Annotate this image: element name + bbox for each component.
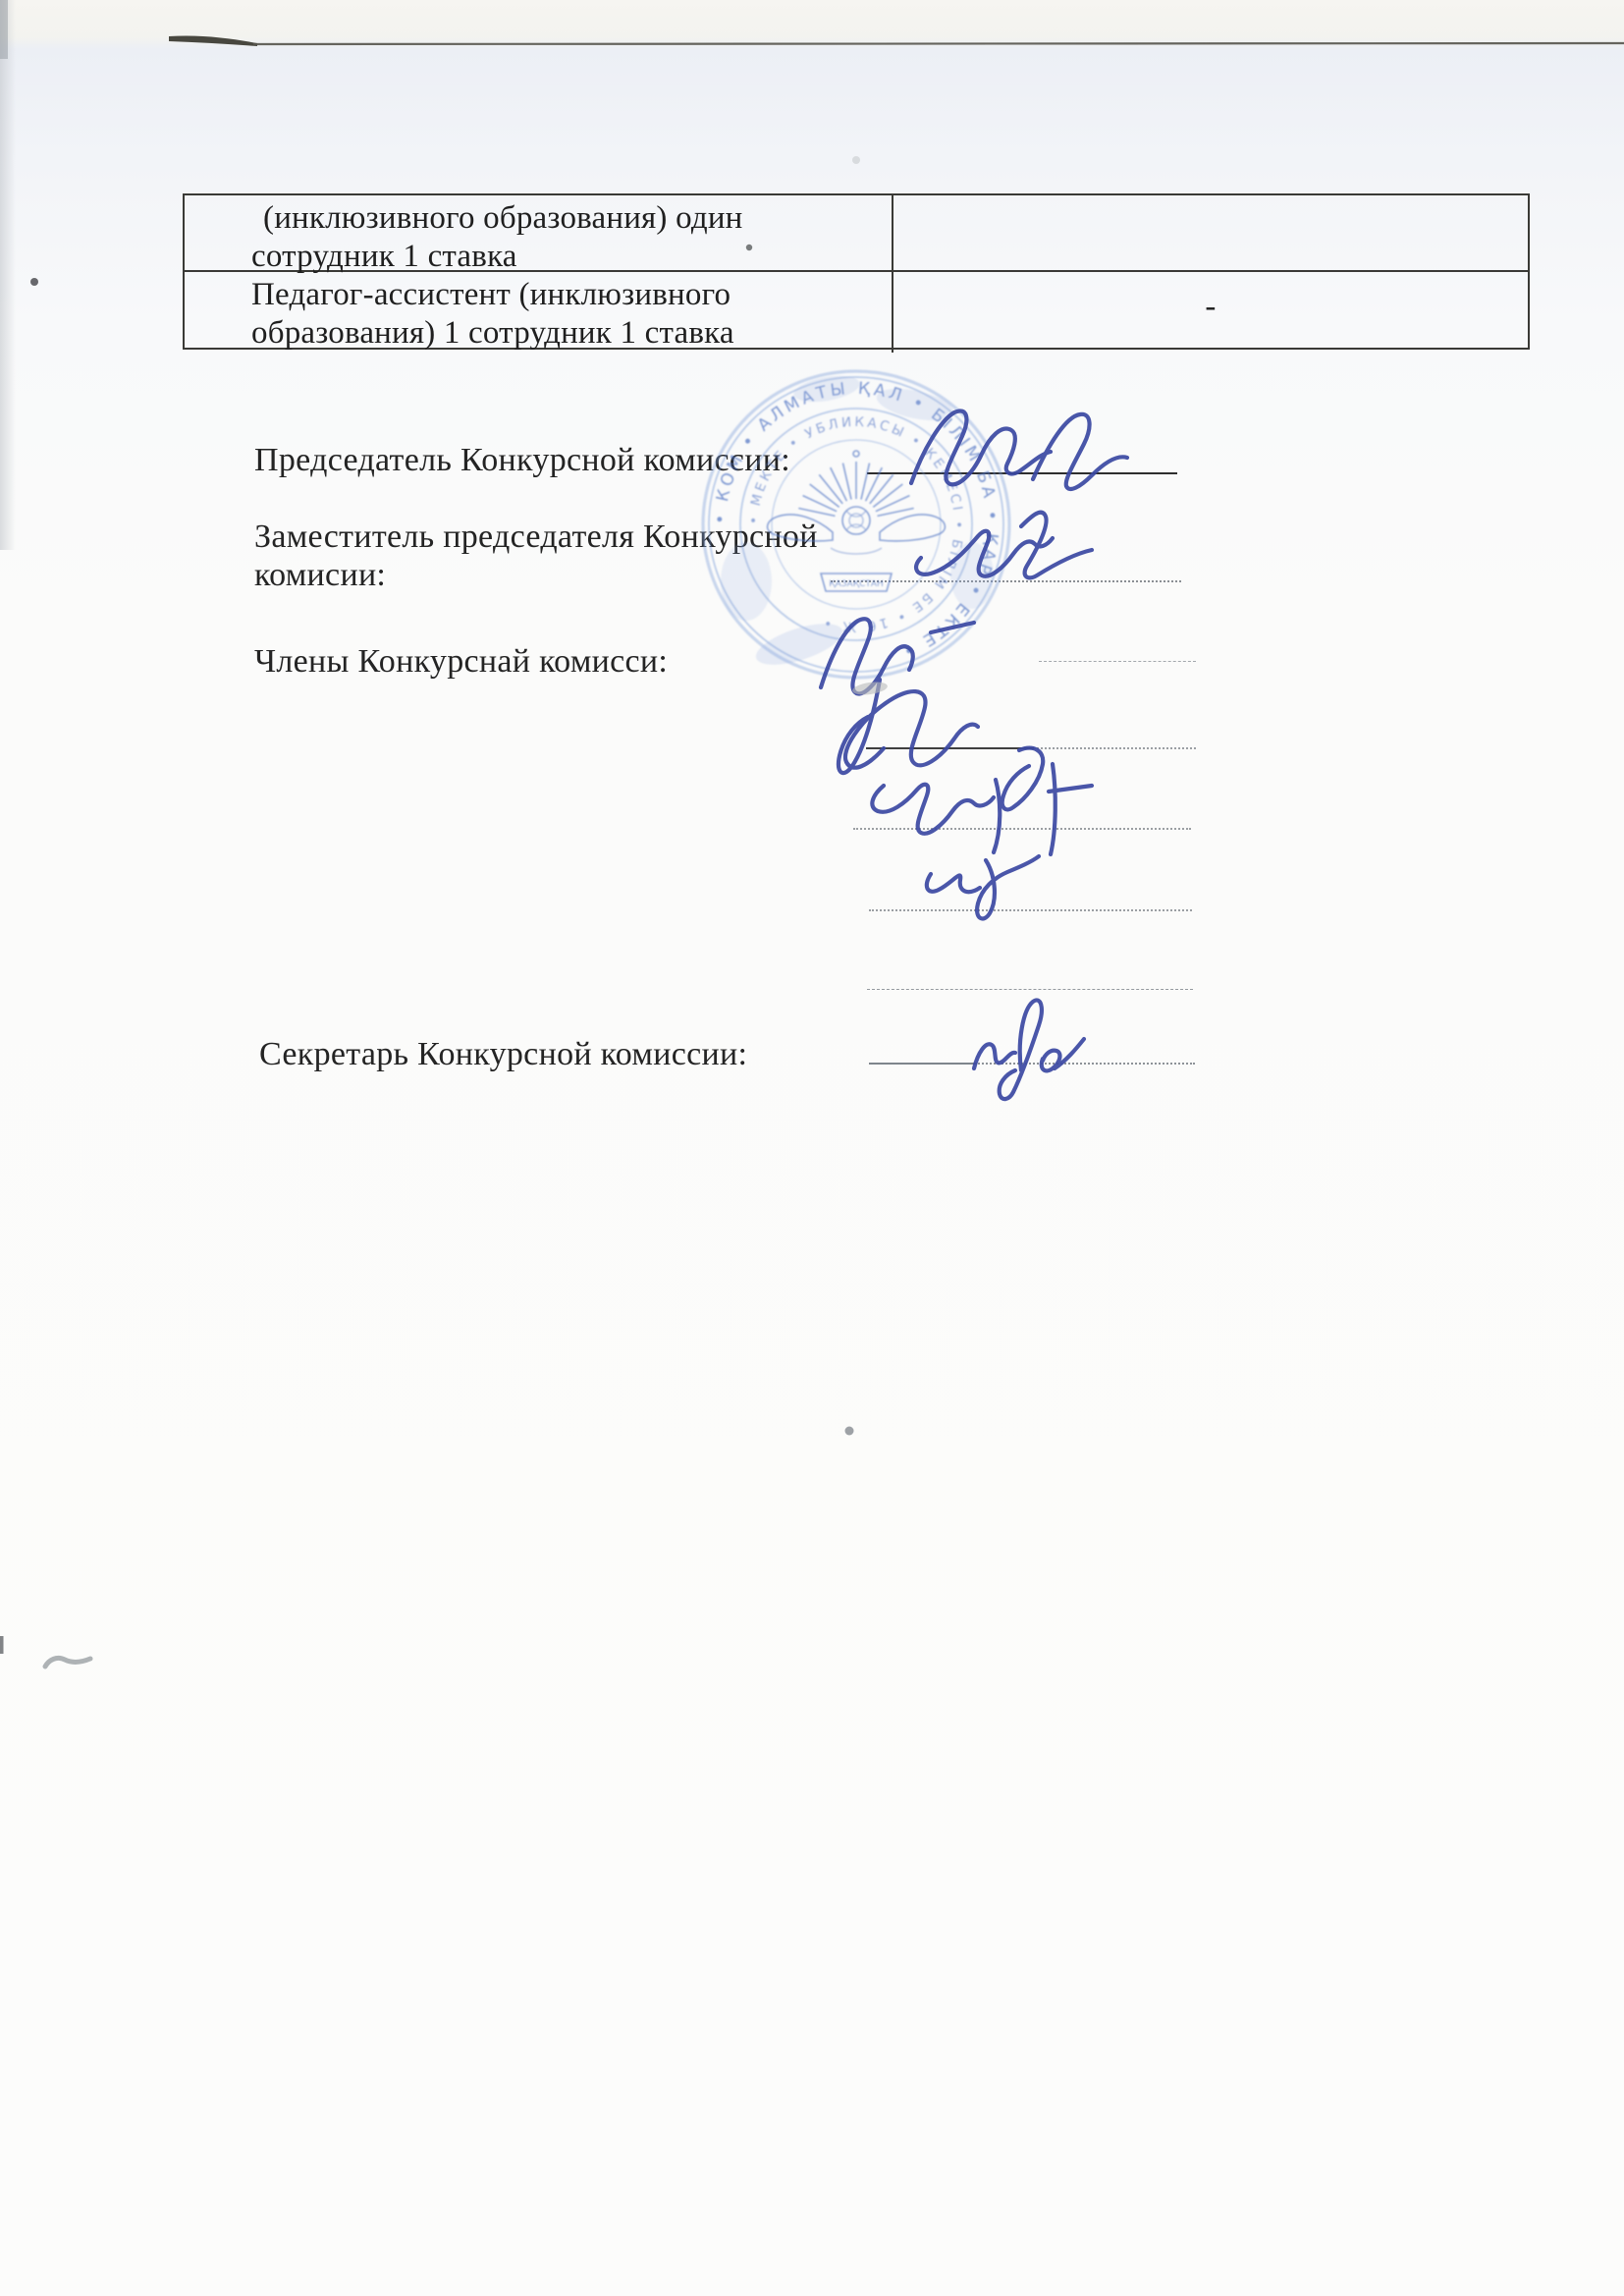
table-text-line: образования) 1 сотрудник 1 ставка [251, 314, 882, 353]
table-text-line: (инклюзивного образования) один [251, 199, 882, 238]
positions-table: (инклюзивного образования) один сотрудни… [183, 193, 1530, 350]
table-cell-value-1 [893, 195, 1528, 272]
deputy-label-line2: комисии: [254, 556, 386, 594]
scan-left-edge-dark-top [0, 0, 8, 59]
member3-signature [872, 780, 1092, 852]
chairman-signature-line [867, 472, 1177, 474]
extra-signature-line [867, 989, 1193, 990]
table-cell-position-1: (инклюзивного образования) один сотрудни… [185, 195, 893, 272]
table-value [893, 195, 1528, 211]
emblem-banner-ribbon [821, 574, 892, 591]
member2-signature [845, 691, 1056, 854]
scan-left-edge-shadow [0, 0, 16, 550]
chairman-label: Председатель Конкурсной комиссии: [254, 441, 790, 479]
emblem-star [853, 451, 859, 457]
member2-signature-line [866, 747, 1034, 749]
emblem-sun-rays [798, 462, 913, 516]
gray-smudge [851, 681, 888, 697]
scanned-document-page: (инклюзивного образования) один сотрудни… [0, 0, 1624, 2296]
table-cell-position-2: Педагог-ассистент (инклюзивного образова… [185, 272, 893, 353]
table-text-line: сотрудник 1 ставка [251, 238, 882, 276]
member1-signature-line [1039, 661, 1196, 662]
faint-speck [852, 156, 860, 164]
member3-signature-line [853, 828, 1191, 830]
secretary-signature-line-dotted [975, 1063, 1195, 1065]
scan-top-line [169, 35, 1624, 46]
dark-speck [30, 278, 38, 286]
chairman-signature [911, 410, 1127, 489]
secretary-label: Секретарь Конкурсной комиссии: [259, 1035, 747, 1073]
members-label: Члены Конкурснай комисси: [254, 642, 668, 681]
scan-artifacts [0, 156, 889, 1667]
member2-signature-line-dotted [1034, 747, 1196, 749]
table-text-line: Педагог-ассистент (инклюзивного [251, 276, 882, 314]
table-value-dash: - [893, 272, 1528, 326]
edge-tick [0, 1636, 4, 1654]
handwritten-signatures [821, 410, 1127, 1099]
pencil-smudge [45, 1658, 90, 1667]
member4-signature-line [869, 909, 1192, 911]
deputy-label-line1: Заместитель председателя Конкурсной [254, 518, 818, 556]
secretary-signature [974, 1000, 1084, 1099]
deputy-signature [916, 513, 1092, 578]
gray-dot [845, 1427, 854, 1436]
member1-signature [821, 619, 974, 773]
deputy-signature-line [831, 580, 1181, 582]
secretary-signature-line [869, 1063, 975, 1065]
table-cell-value-2: - [893, 272, 1528, 353]
